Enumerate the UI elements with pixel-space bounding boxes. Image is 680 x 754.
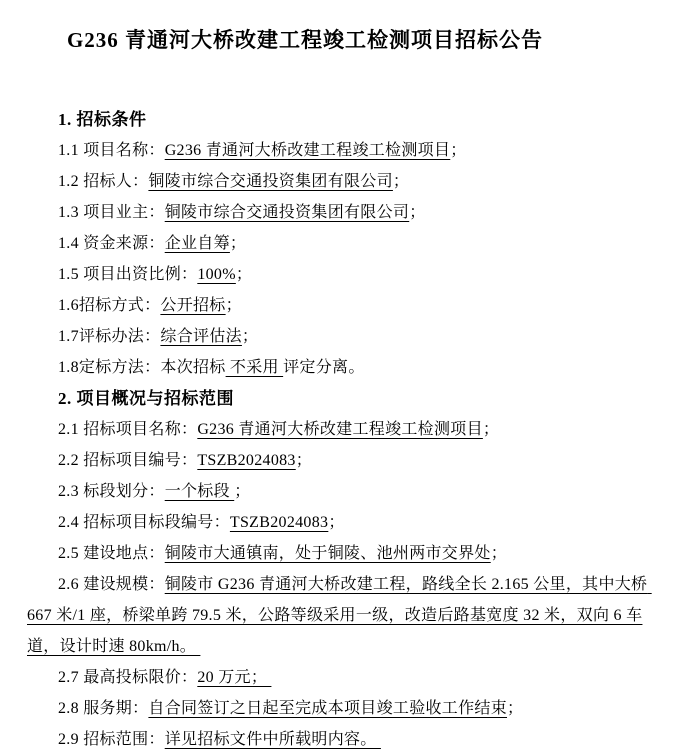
item-2-3-lot-division: 2.3 标段划分：一个标段 ； xyxy=(27,476,653,507)
item-post-text: ； xyxy=(491,545,507,562)
item-post-text: ； xyxy=(393,173,409,190)
item-underlined-value: 不采用 xyxy=(226,359,284,376)
item-2-2-tender-project-number: 2.2 招标项目编号：TSZB2024083； xyxy=(27,445,653,476)
section-project-overview: 2. 项目概况与招标范围 2.1 招标项目名称：G236 青通河大桥改建工程竣工… xyxy=(27,383,653,754)
item-2-7-max-bid-price: 2.7 最高投标限价：20 万元； xyxy=(27,662,653,693)
item-post-text: ； xyxy=(483,421,499,438)
item-pre-text: 本次招标 xyxy=(160,359,225,376)
item-2-1-tender-project-name: 2.1 招标项目名称：G236 青通河大桥改建工程竣工检测项目； xyxy=(27,414,653,445)
item-label: 2.4 招标项目标段编号： xyxy=(58,514,230,531)
item-label: 1.7评标办法： xyxy=(58,328,160,345)
item-post-text: ； xyxy=(328,514,344,531)
section-2-heading: 2. 项目概况与招标范围 xyxy=(27,383,653,414)
item-label: 2.9 招标范围： xyxy=(58,731,165,748)
item-post-text: ； xyxy=(230,235,246,252)
item-1-1-project-name: 1.1 项目名称：G236 青通河大桥改建工程竣工检测项目； xyxy=(27,135,653,166)
item-underlined-value: 铜陵市综合交通投资集团有限公司 xyxy=(165,204,410,221)
item-1-8-award-method: 1.8定标方法：本次招标 不采用 评定分离。 xyxy=(27,352,653,383)
item-underlined-value: 公开招标 xyxy=(160,297,225,314)
item-underlined-value: 详见招标文件中所载明内容。 xyxy=(165,731,381,748)
item-label: 1.2 招标人： xyxy=(58,173,148,190)
section-tender-conditions: 1. 招标条件 1.1 项目名称：G236 青通河大桥改建工程竣工检测项目； 1… xyxy=(27,104,653,383)
item-label: 1.1 项目名称： xyxy=(58,142,165,159)
item-label: 2.6 建设规模： xyxy=(58,576,165,593)
item-underlined-value: 综合评估法 xyxy=(160,328,242,345)
item-label: 1.4 资金来源： xyxy=(58,235,165,252)
item-label: 2.3 标段划分： xyxy=(58,483,165,500)
item-underlined-value: 100% xyxy=(197,266,236,283)
item-1-2-tenderer: 1.2 招标人：铜陵市综合交通投资集团有限公司； xyxy=(27,166,653,197)
item-underlined-value: 20 万元； xyxy=(197,669,271,686)
item-label: 2.8 服务期： xyxy=(58,700,148,717)
item-label: 2.5 建设地点： xyxy=(58,545,165,562)
item-label: 1.6招标方式： xyxy=(58,297,160,314)
item-post-text: ； xyxy=(409,204,425,221)
item-1-7-evaluation-method: 1.7评标办法：综合评估法； xyxy=(27,321,653,352)
item-label: 1.5 项目出资比例： xyxy=(58,266,197,283)
item-post-text: ； xyxy=(242,328,258,345)
item-label: 2.1 招标项目名称： xyxy=(58,421,197,438)
item-1-5-funding-ratio: 1.5 项目出资比例：100%； xyxy=(27,259,653,290)
item-underlined-value: TSZB2024083 xyxy=(197,452,295,469)
item-1-6-tender-method: 1.6招标方式：公开招标； xyxy=(27,290,653,321)
item-label: 2.7 最高投标限价： xyxy=(58,669,197,686)
item-post-text: ； xyxy=(296,452,312,469)
item-2-4-lot-number: 2.4 招标项目标段编号：TSZB2024083； xyxy=(27,507,653,538)
item-2-8-service-period: 2.8 服务期：自合同签订之日起至完成本项目竣工验收工作结束； xyxy=(27,693,653,724)
item-underlined-value: 一个标段 xyxy=(165,483,235,500)
item-post-text: ； xyxy=(234,483,250,500)
item-post-text: ； xyxy=(507,700,523,717)
item-underlined-value: 铜陵市综合交通投资集团有限公司 xyxy=(148,173,393,190)
document-title: G236 青通河大桥改建工程竣工检测项目招标公告 xyxy=(27,24,583,56)
item-underlined-value: TSZB2024083 xyxy=(230,514,328,531)
item-post-text: 评定分离。 xyxy=(283,359,365,376)
item-underlined-value: G236 青通河大桥改建工程竣工检测项目 xyxy=(165,142,451,159)
item-1-3-project-owner: 1.3 项目业主：铜陵市综合交通投资集团有限公司； xyxy=(27,197,653,228)
item-underlined-value: 企业自筹 xyxy=(165,235,230,252)
item-post-text: ； xyxy=(450,142,466,159)
item-label: 2.2 招标项目编号： xyxy=(58,452,197,469)
item-label: 1.8定标方法： xyxy=(58,359,160,376)
item-2-5-construction-location: 2.5 建设地点：铜陵市大通镇南，处于铜陵、池州两市交界处； xyxy=(27,538,653,569)
section-1-heading: 1. 招标条件 xyxy=(27,104,653,135)
item-post-text: ； xyxy=(226,297,242,314)
document-page: G236 青通河大桥改建工程竣工检测项目招标公告 1. 招标条件 1.1 项目名… xyxy=(0,0,680,754)
item-underlined-value: 铜陵市大通镇南，处于铜陵、池州两市交界处 xyxy=(165,545,491,562)
item-label: 1.3 项目业主： xyxy=(58,204,165,221)
item-1-4-funding-source: 1.4 资金来源：企业自筹； xyxy=(27,228,653,259)
item-post-text: ； xyxy=(236,266,252,283)
item-underlined-value: 自合同签订之日起至完成本项目竣工验收工作结束 xyxy=(148,700,507,717)
item-2-6-construction-scale: 2.6 建设规模：铜陵市 G236 青通河大桥改建工程，路线全长 2.165 公… xyxy=(27,569,653,662)
item-underlined-value: G236 青通河大桥改建工程竣工检测项目 xyxy=(197,421,483,438)
item-2-9-tender-scope: 2.9 招标范围：详见招标文件中所载明内容。 xyxy=(27,724,653,754)
